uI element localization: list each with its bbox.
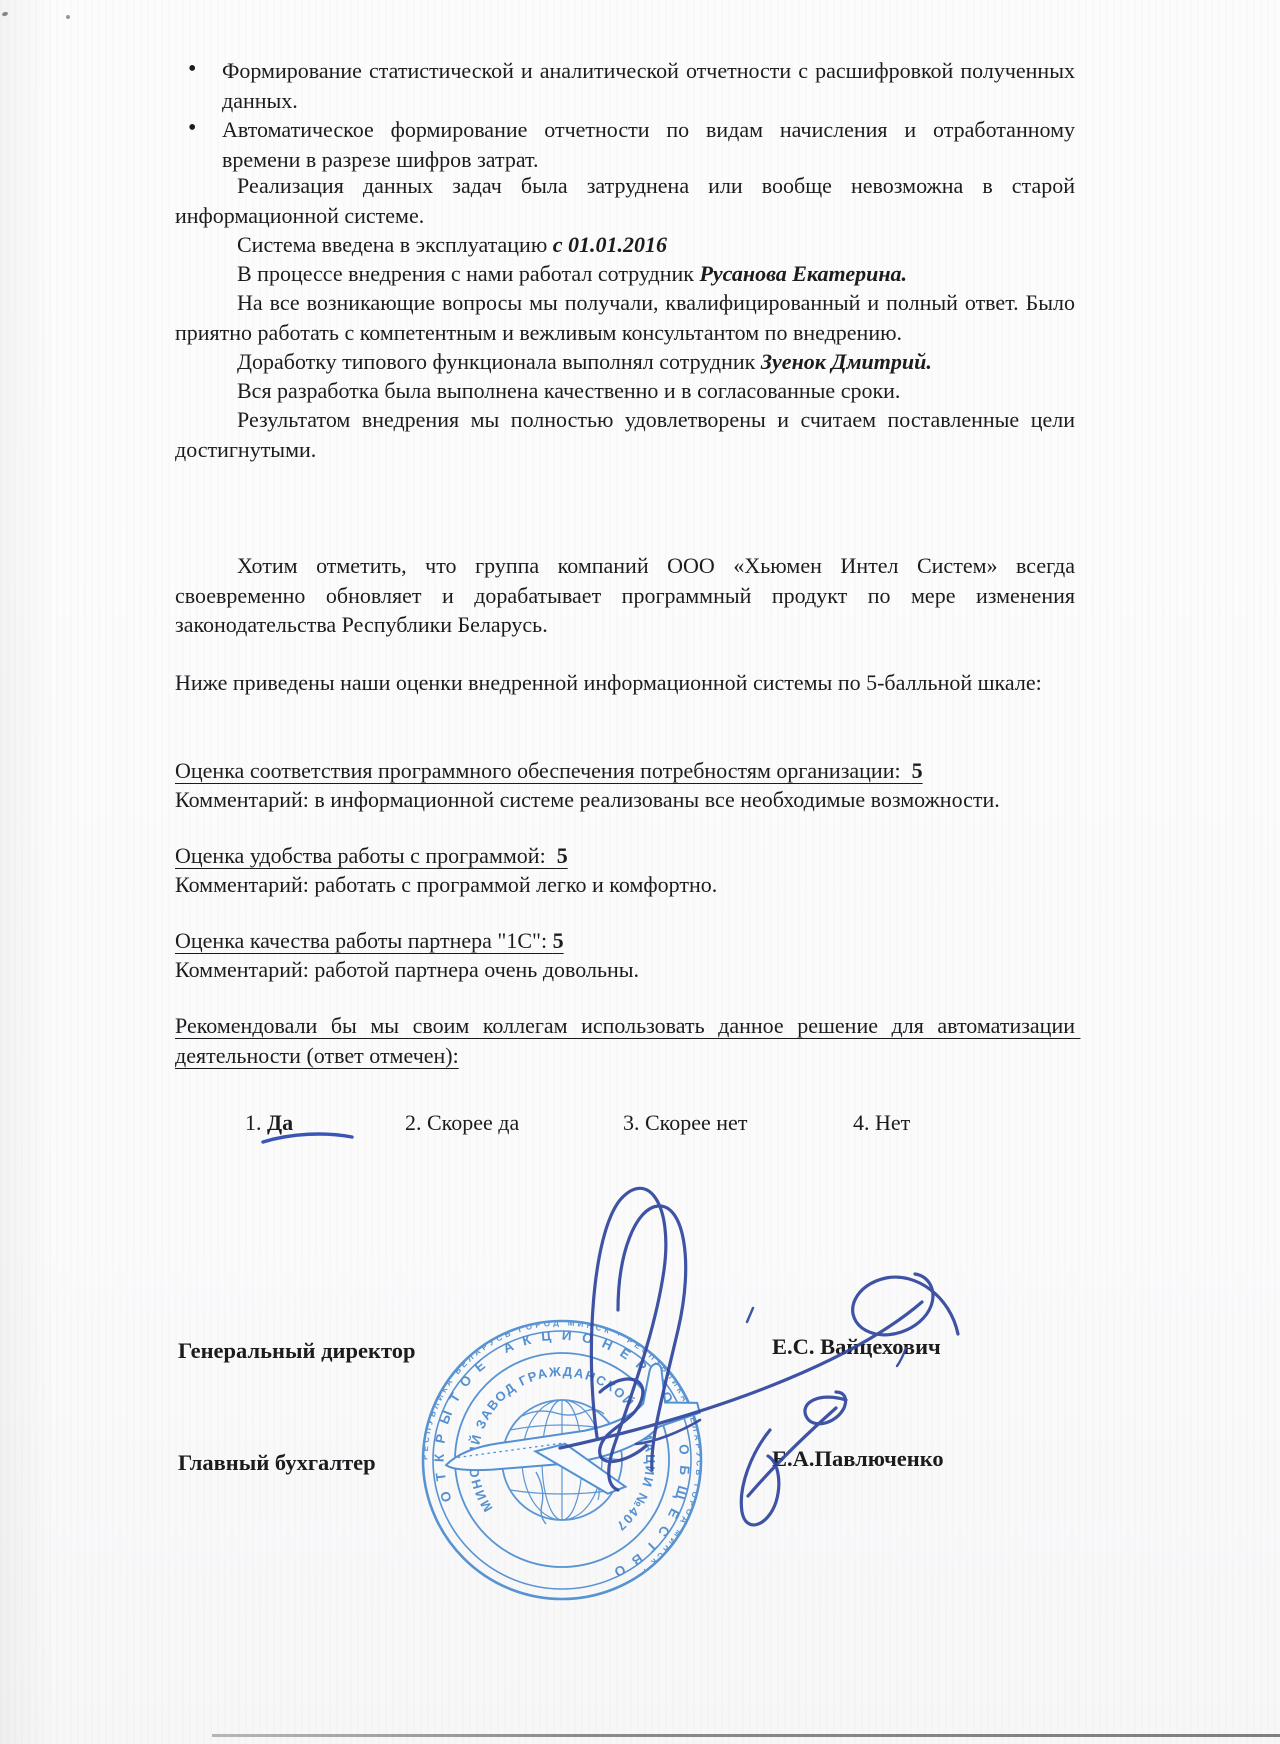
scanned-document-page: Формирование статистической и аналитичес…: [0, 0, 1280, 1744]
paragraph-result: Результатом внедрения мы полностью удовл…: [175, 405, 1075, 464]
scan-edge-line: [212, 1734, 1280, 1737]
paragraph-text: Вся разработка была выполнена качественн…: [237, 378, 900, 403]
rating-label: Оценка качества работы партнера "1С":: [175, 928, 553, 953]
paragraph-text: В процессе внедрения с нами работал сотр…: [237, 261, 699, 286]
rating-comment: Комментарий: в информационной системе ре…: [175, 787, 1000, 812]
answer-pen-underline: [263, 1134, 352, 1142]
list-item: Формирование статистической и аналитичес…: [175, 56, 1075, 115]
paragraph-text: Хотим отметить, что группа компаний ООО …: [175, 553, 1075, 637]
paragraph-text: Система введена в эксплуатацию: [237, 232, 553, 257]
paragraph-system-launch: Система введена в эксплуатацию с 01.01.2…: [175, 230, 1075, 260]
paragraph-text: Доработку типового функционала выполнял …: [237, 349, 761, 374]
rating-usability-comment: Комментарий: работать с программой легко…: [175, 870, 1075, 900]
company-stamp-icon: РЕСПУБЛИКА БЕЛАРУСЬ ГОРОД МИНСК · РЕСПУБ…: [420, 1318, 703, 1599]
paragraph-company-note: Хотим отметить, что группа компаний ООО …: [175, 551, 1075, 640]
feature-bullet-list: Формирование статистической и аналитичес…: [175, 56, 1075, 174]
rating-partner-quality-comment: Комментарий: работой партнера очень дово…: [175, 955, 1075, 985]
rating-software-fit-comment: Комментарий: в информационной системе ре…: [175, 785, 1075, 815]
paragraph-text: Ниже приведены наши оценки внедренной ин…: [175, 670, 1042, 695]
rating-usability: Оценка удобства работы с программой: 5: [175, 841, 1075, 871]
scan-speck: [66, 15, 70, 19]
rating-score: 5: [557, 843, 568, 868]
bullet-text: Автоматическое формирование отчетности п…: [222, 117, 1075, 172]
launch-date: с 01.01.2016: [553, 232, 667, 257]
rating-score: 5: [553, 928, 564, 953]
rating-comment: Комментарий: работать с программой легко…: [175, 872, 717, 897]
paragraph-ratings-intro: Ниже приведены наши оценки внедренной ин…: [175, 668, 1075, 698]
paragraph-text: Реализация данных задач была затруднена …: [175, 173, 1075, 228]
paragraph-consultant: В процессе внедрения с нами работал сотр…: [175, 259, 1075, 289]
consultant-name: Русанова Екатерина.: [699, 261, 907, 286]
list-item: Автоматическое формирование отчетности п…: [175, 115, 1075, 174]
rating-comment: Комментарий: работой партнера очень дово…: [175, 957, 639, 982]
developer-name: Зуенок Дмитрий.: [761, 349, 932, 374]
scan-speck: [1, 11, 8, 17]
bullet-text: Формирование статистической и аналитичес…: [222, 58, 1075, 113]
rating-partner-quality: Оценка качества работы партнера "1С": 5: [175, 926, 1075, 956]
paragraph-realization: Реализация данных задач была затруднена …: [175, 171, 1075, 230]
rating-label: Оценка соответствия программного обеспеч…: [175, 758, 912, 783]
stamp-and-signature-layer: РЕСПУБЛИКА БЕЛАРУСЬ ГОРОД МИНСК · РЕСПУБ…: [0, 1040, 1280, 1744]
paragraph-development: Вся разработка была выполнена качественн…: [175, 376, 1075, 406]
paragraph-text: На все возникающие вопросы мы получали, …: [175, 290, 1075, 345]
rating-score: 5: [912, 758, 923, 783]
paragraph-developer: Доработку типового функционала выполнял …: [175, 347, 1075, 377]
paragraph-text: Результатом внедрения мы полностью удовл…: [175, 407, 1075, 462]
rating-software-fit: Оценка соответствия программного обеспеч…: [175, 756, 1075, 786]
paragraph-questions: На все возникающие вопросы мы получали, …: [175, 288, 1075, 347]
rating-label: Оценка удобства работы с программой:: [175, 843, 557, 868]
